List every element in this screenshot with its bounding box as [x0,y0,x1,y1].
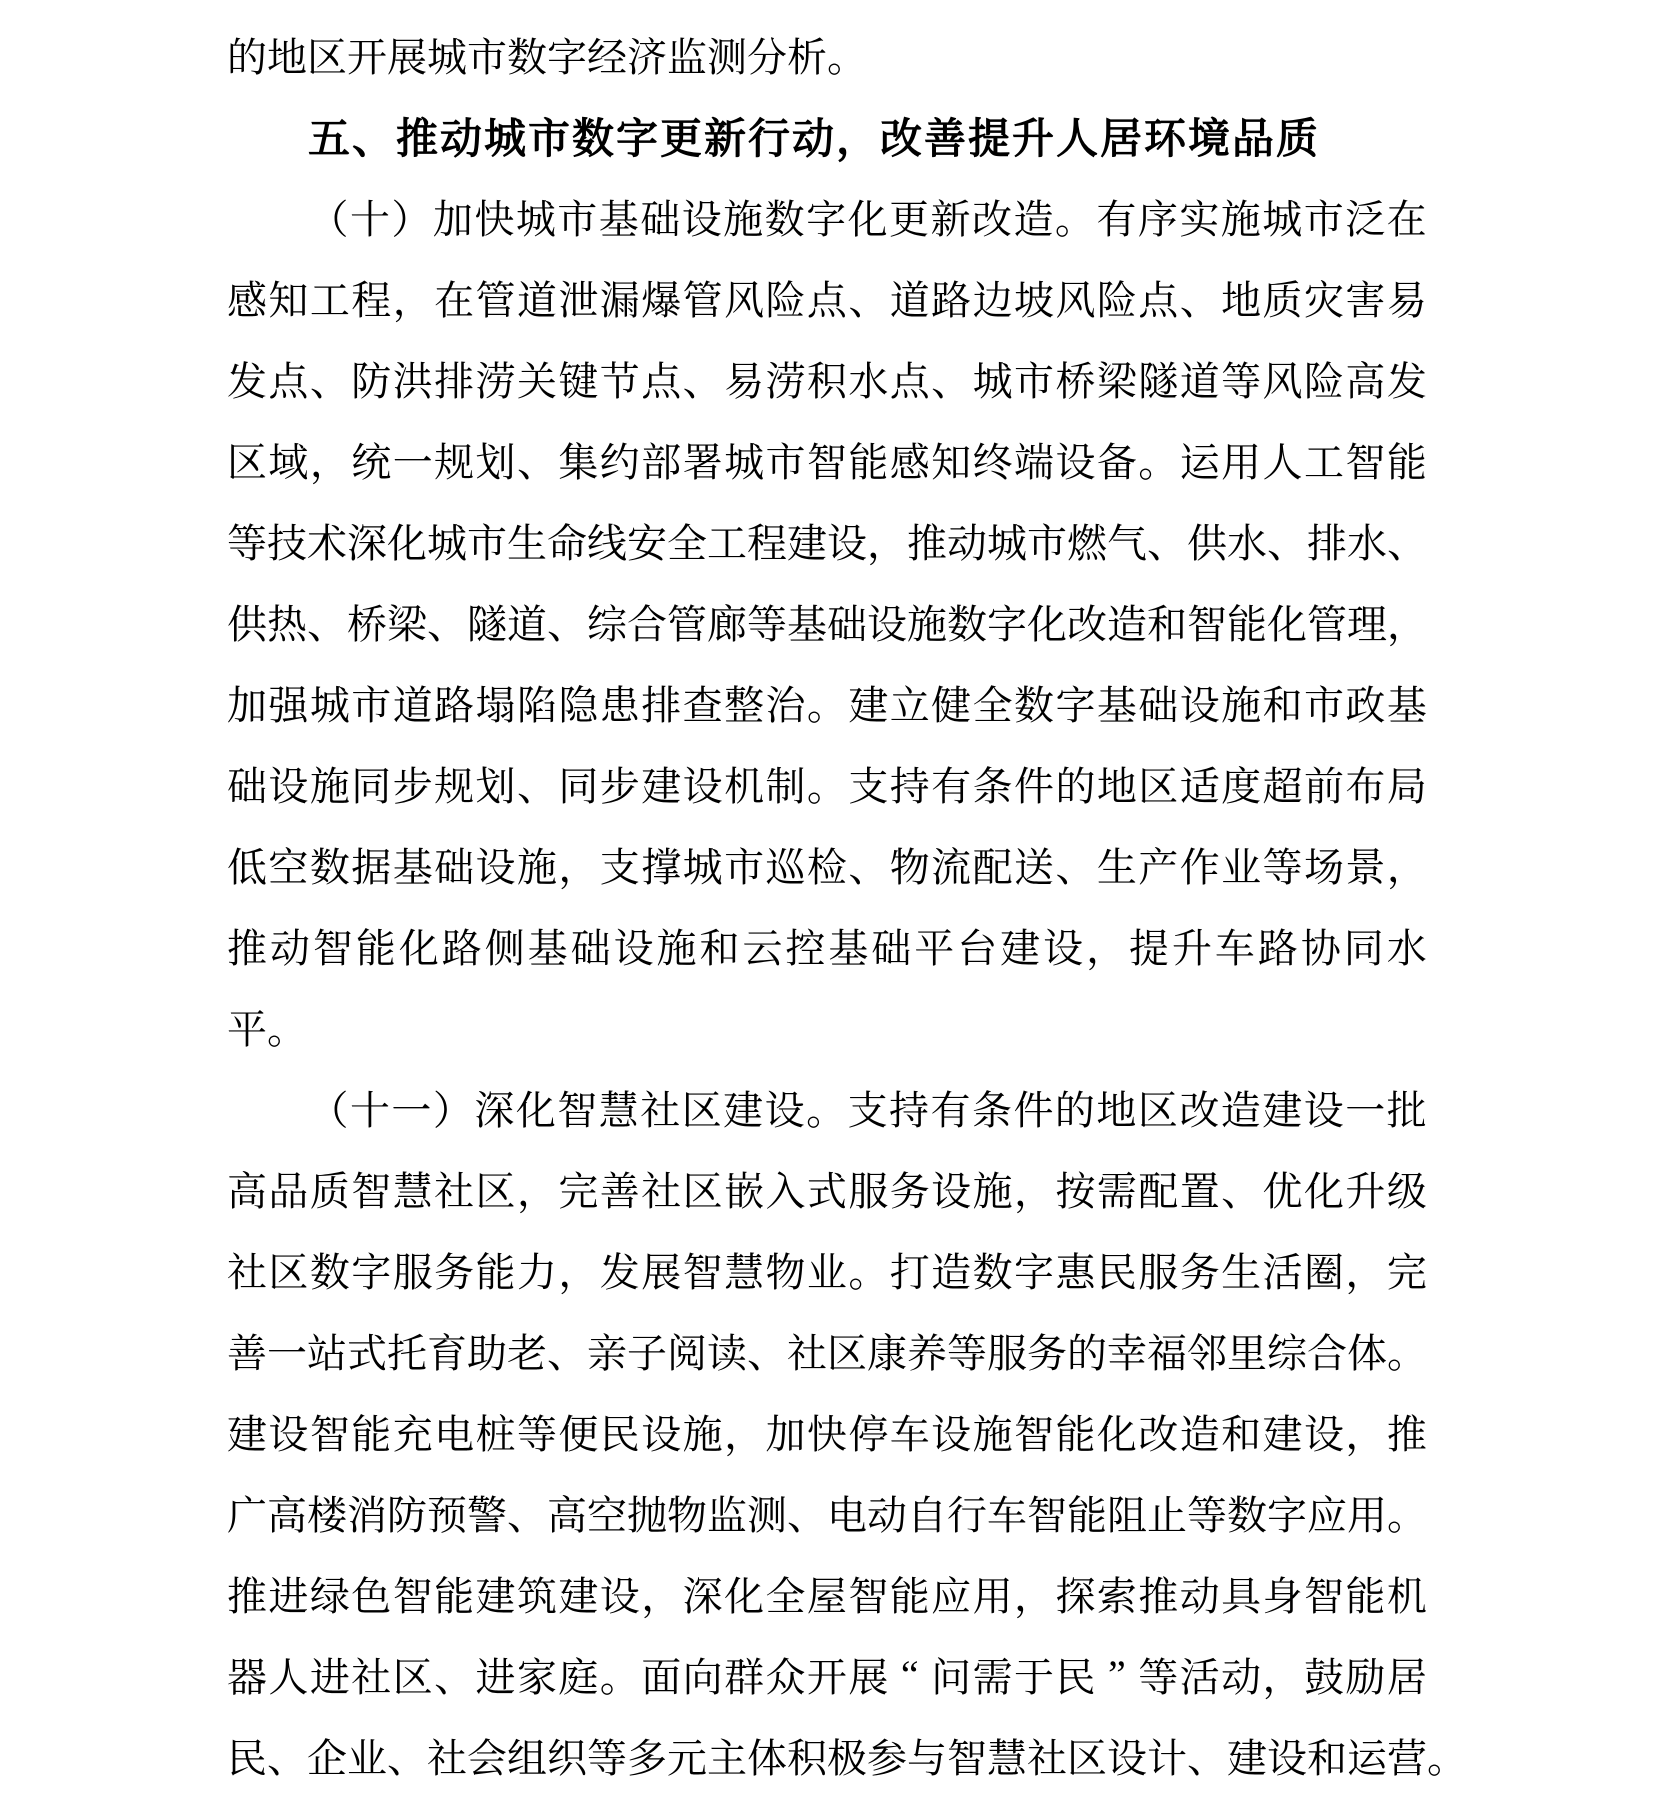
text-line: 础设施同步规划、同步建设机制。支持有条件的地区适度超前布局 [227,743,1427,824]
document-page: 的地区开展城市数字经济监测分析。 五、推动城市数字更新行动，改善提升人居环境品质… [0,0,1654,1805]
text-line: 区域，统一规划、集约部署城市智能感知终端设备。运用人工智能 [227,419,1427,500]
text-line: 推动智能化路侧基础设施和云控基础平台建设，提升车路协同水 [227,905,1427,986]
text-line: 加强城市道路塌陷隐患排查整治。建立健全数字基础设施和市政基 [227,662,1427,743]
text-line: 等技术深化城市生命线安全工程建设，推动城市燃气、供水、排水、 [227,500,1427,581]
text-line: 感知工程，在管道泄漏爆管风险点、道路边坡风险点、地质灾害易 [227,257,1427,338]
paragraph-ten: （十）加快城市基础设施数字化更新改造。有序实施城市泛在感知工程，在管道泄漏爆管风… [227,176,1427,1067]
continuation-paragraph: 的地区开展城市数字经济监测分析。 [227,14,1427,95]
text-line: 建设智能充电桩等便民设施，加快停车设施智能化改造和建设，推 [227,1391,1427,1472]
text-line: 善一站式托育助老、亲子阅读、社区康养等服务的幸福邻里综合体。 [227,1310,1427,1391]
text-line: 平。 [227,986,1427,1067]
text-line: 供热、桥梁、隧道、综合管廊等基础设施数字化改造和智能化管理， [227,581,1427,662]
text-line: 民、企业、社会组织等多元主体积极参与智慧社区设计、建设和运营。 [227,1715,1427,1796]
text-line: 器人进社区、进家庭。面向群众开展“问需于民”等活动，鼓励居 [227,1634,1427,1715]
text-line: 广高楼消防预警、高空抛物监测、电动自行车智能阻止等数字应用。 [227,1472,1427,1553]
paragraph-eleven: （十一）深化智慧社区建设。支持有条件的地区改造建设一批高品质智慧社区，完善社区嵌… [227,1067,1427,1796]
text-line: 五、推动城市数字更新行动，改善提升人居环境品质 [227,95,1427,176]
text-line: 社区数字服务能力，发展智慧物业。打造数字惠民服务生活圈，完 [227,1229,1427,1310]
text-line: （十一）深化智慧社区建设。支持有条件的地区改造建设一批 [227,1067,1427,1148]
text-line: 推进绿色智能建筑建设，深化全屋智能应用，探索推动具身智能机 [227,1553,1427,1634]
section-heading: 五、推动城市数字更新行动，改善提升人居环境品质 [227,95,1427,176]
text-line: （十）加快城市基础设施数字化更新改造。有序实施城市泛在 [227,176,1427,257]
text-line: 的地区开展城市数字经济监测分析。 [227,14,1427,95]
text-line: 高品质智慧社区，完善社区嵌入式服务设施，按需配置、优化升级 [227,1148,1427,1229]
text-line: 低空数据基础设施，支撑城市巡检、物流配送、生产作业等场景， [227,824,1427,905]
text-line: 发点、防洪排涝关键节点、易涝积水点、城市桥梁隧道等风险高发 [227,338,1427,419]
